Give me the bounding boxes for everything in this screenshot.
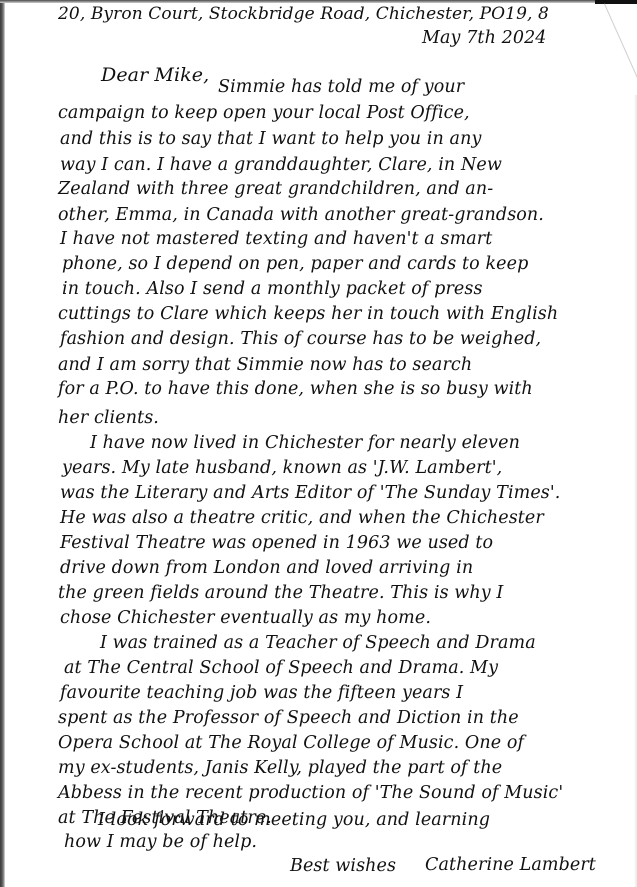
body-line: for a P.O. to have this done, when she i… [58,379,533,399]
body-line: fashion and design. This of course has t… [60,329,541,349]
body-line: chose Chichester eventually as my home. [60,608,431,628]
body-line: Zealand with three great grandchildren, … [58,179,493,199]
body-line: spent as the Professor of Speech and Dic… [58,708,519,728]
signature: Catherine Lambert [425,855,596,875]
body-line: Opera School at The Royal College of Mus… [58,733,524,753]
salutation: Dear Mike, [101,64,209,86]
body-line: the green fields around the Theatre. Thi… [58,583,503,603]
body-line: I look forward to meeting you, and learn… [98,810,490,830]
body-line: phone, so I depend on pen, paper and car… [62,254,528,274]
body-line: Abbess in the recent production of 'The … [58,783,563,803]
body-line: cuttings to Clare which keeps her in tou… [58,304,558,324]
body-line: I was trained as a Teacher of Speech and… [100,633,536,653]
body-line: in touch. Also I send a monthly packet o… [62,279,483,299]
body-line: way I can. I have a granddaughter, Clare… [60,155,502,175]
body-line: I have now lived in Chichester for nearl… [90,433,520,453]
letter-date: May 7th 2024 [422,28,547,48]
body-line: how I may be of help. [64,832,257,852]
body-line: was the Literary and Arts Editor of 'The… [60,483,560,503]
scan-corner-mark [595,0,637,4]
body-line: and I am sorry that Simmie now has to se… [58,355,472,375]
body-line: He was also a theatre critic, and when t… [60,508,544,528]
body-line: favourite teaching job was the fifteen y… [60,683,463,703]
body-line: campaign to keep open your local Post Of… [58,103,470,123]
body-line: my ex-students, Janis Kelly, played the … [58,758,502,778]
body-line: years. My late husband, known as 'J.W. L… [62,458,502,478]
body-line: Festival Theatre was opened in 1963 we u… [60,533,493,553]
body-line: drive down from London and loved arrivin… [60,558,473,578]
body-line: her clients. [58,408,159,428]
sender-address: 20, Byron Court, Stockbridge Road, Chich… [58,4,549,24]
body-line: I have not mastered texting and haven't … [60,229,492,249]
body-line: Simmie has told me of your [218,77,464,97]
scan-left-border [0,0,5,887]
scan-top-border [0,0,637,3]
scanned-letter-page: 20, Byron Court, Stockbridge Road, Chich… [0,0,637,887]
closing: Best wishes [290,856,396,876]
body-line: and this is to say that I want to help y… [60,129,481,149]
paper-fold-line [604,4,637,96]
body-line: other, Emma, in Canada with another grea… [58,205,544,225]
body-line: at The Central School of Speech and Dram… [64,658,498,678]
